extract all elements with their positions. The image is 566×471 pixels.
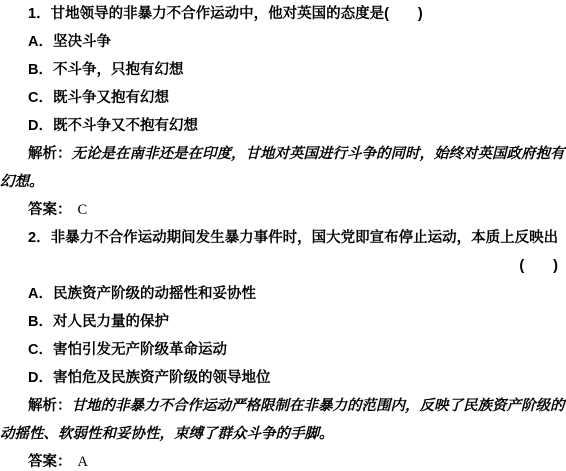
option-text: 既斗争又抱有幻想 [53, 90, 169, 106]
option-label: C． [28, 342, 53, 358]
question-1-stem: 1．甘地领导的非暴力不合作运动中，他对英国的态度是( ) [0, 0, 566, 28]
question-2-option-b: B．对人民力量的保护 [0, 308, 566, 336]
option-text: 不斗争，只抱有幻想 [53, 62, 184, 78]
bracket-text: ( ) [519, 258, 558, 274]
question-2-option-c: C．害怕引发无产阶级革命运动 [0, 336, 566, 364]
analysis-text-continued: 幻想。 [0, 174, 44, 190]
question-2-answer: 答案：A [0, 448, 566, 471]
question-1-analysis-line-1: 解析：无论是在南非还是在印度，甘地对英国进行斗争的同时，始终对英国政府抱有 [0, 140, 566, 168]
question-2-option-d: D．害怕危及民族资产阶级的领导地位 [0, 364, 566, 392]
analysis-text: 甘地的非暴力不合作运动严格限制在非暴力的范围内，反映了民族资产阶级的 [72, 398, 565, 414]
answer-label: 答案： [28, 454, 72, 470]
question-1-number: 1． [28, 6, 51, 22]
option-label: A． [28, 286, 53, 302]
answer-value: A [72, 454, 88, 470]
exam-worksheet: 1．甘地领导的非暴力不合作运动中，他对英国的态度是( ) A．坚决斗争 B．不斗… [0, 0, 566, 471]
question-1: 1．甘地领导的非暴力不合作运动中，他对英国的态度是( ) A．坚决斗争 B．不斗… [0, 0, 566, 224]
question-1-stem-text: 甘地领导的非暴力不合作运动中，他对英国的态度是 [51, 6, 385, 22]
question-1-option-d: D．既不斗争又不抱有幻想 [0, 112, 566, 140]
option-label: D． [28, 118, 53, 134]
question-2-option-a: A．民族资产阶级的动摇性和妥协性 [0, 280, 566, 308]
question-2-analysis-line-2: 动摇性、软弱性和妥协性，束缚了群众斗争的手脚。 [0, 420, 566, 448]
question-2: 2．非暴力不合作运动期间发生暴力事件时，国大党即宣布停止运动，本质上反映出 ( … [0, 224, 566, 471]
analysis-label: 解析： [28, 146, 72, 162]
question-1-analysis-line-2: 幻想。 [0, 168, 566, 196]
option-label: A． [28, 34, 53, 50]
option-text: 害怕危及民族资产阶级的领导地位 [53, 370, 271, 386]
option-text: 害怕引发无产阶级革命运动 [53, 342, 227, 358]
answer-label: 答案： [28, 202, 72, 218]
analysis-label: 解析： [28, 398, 72, 414]
question-2-answer-bracket: ( ) [0, 252, 566, 280]
option-text: 民族资产阶级的动摇性和妥协性 [53, 286, 256, 302]
question-1-option-c: C．既斗争又抱有幻想 [0, 84, 566, 112]
question-1-answer: 答案：C [0, 196, 566, 224]
answer-value: C [72, 202, 88, 218]
question-1-answer-bracket: ( ) [384, 6, 423, 22]
option-text: 对人民力量的保护 [53, 314, 169, 330]
option-label: B． [28, 314, 53, 330]
question-2-number: 2． [28, 230, 51, 246]
option-label: C． [28, 90, 53, 106]
question-1-option-b: B．不斗争，只抱有幻想 [0, 56, 566, 84]
option-label: D． [28, 370, 53, 386]
analysis-text: 无论是在南非还是在印度，甘地对英国进行斗争的同时，始终对英国政府抱有 [72, 146, 565, 162]
question-2-stem: 2．非暴力不合作运动期间发生暴力事件时，国大党即宣布停止运动，本质上反映出 [0, 224, 566, 252]
option-text: 坚决斗争 [53, 34, 111, 50]
question-2-analysis-line-1: 解析：甘地的非暴力不合作运动严格限制在非暴力的范围内，反映了民族资产阶级的 [0, 392, 566, 420]
option-label: B． [28, 62, 53, 78]
question-1-option-a: A．坚决斗争 [0, 28, 566, 56]
question-2-stem-text: 非暴力不合作运动期间发生暴力事件时，国大党即宣布停止运动，本质上反映出 [51, 230, 559, 246]
option-text: 既不斗争又不抱有幻想 [53, 118, 198, 134]
analysis-text-continued: 动摇性、软弱性和妥协性，束缚了群众斗争的手脚。 [0, 426, 334, 442]
